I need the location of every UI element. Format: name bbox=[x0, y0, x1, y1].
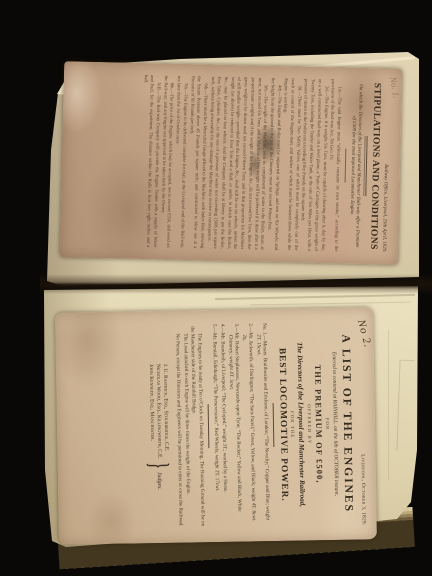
worn-edge-patch bbox=[60, 61, 103, 134]
dateline: Railway Office, Liverpool, 25th April, 1… bbox=[381, 80, 390, 252]
note-paragraph: The Engines to be ready at Ten o’Clock o… bbox=[189, 326, 205, 526]
photo-background: No. 1. Railway Office, Liverpool, 25th A… bbox=[0, 0, 432, 576]
document-title: STIPULATIONS AND CONDITIONS bbox=[368, 80, 382, 252]
book-gutter bbox=[40, 274, 432, 294]
stipulation-paragraph: N.B.—The Rail-way Company will provide t… bbox=[138, 75, 162, 247]
stipulation-paragraph: 2d.—The Engine, if it weighs Six Tons, m… bbox=[299, 79, 330, 252]
document-subtitle: Entered to contend at RAINHILL, on the 6… bbox=[330, 322, 340, 526]
handwritten-number: No. 1. bbox=[388, 76, 401, 99]
document-title: A LIST OF THE ENGINES bbox=[339, 322, 355, 526]
judge-names: J. U. Rastrick, Esq., Stourbridge, C.E. … bbox=[147, 364, 170, 459]
prize-line: BEST LOCOMOTIVE POWER. bbox=[276, 323, 290, 527]
engine-entry: No. 1.—Messrs. Braithwaite and Erickson,… bbox=[255, 323, 271, 527]
rule bbox=[207, 404, 209, 448]
judges-block: J. U. Rastrick, Esq., Stourbridge, C.E. … bbox=[146, 325, 171, 529]
engine-list-document: No 2. Liverpool, October 3, 1829. A LIST… bbox=[55, 307, 377, 545]
paper-stain bbox=[86, 491, 137, 544]
stipulation-paragraph: 6th.—There must be a Mercurial Gauge aff… bbox=[185, 76, 209, 248]
stipulation-paragraph: 5th.—The weight of the Machine, with its… bbox=[205, 76, 269, 249]
notes-block: The Engines to be ready at Ten o’Clock o… bbox=[174, 326, 205, 526]
stipulations-document-face: No. 1. Railway Office, Liverpool, 25th A… bbox=[60, 61, 402, 265]
stipulations-body: 1st.—The said Engine must “effectually c… bbox=[138, 75, 343, 252]
dateline: Liverpool, October 3, 1829. bbox=[357, 321, 367, 525]
rule bbox=[345, 149, 347, 183]
stipulation-paragraph: 3d.—There must be Two Safety Valves, one… bbox=[279, 78, 303, 250]
engine-entries: No. 1.—Messrs. Braithwaite and Erickson,… bbox=[211, 323, 271, 528]
document-subtitle: On which the Directors of the Liverpool … bbox=[347, 84, 363, 248]
double-rule bbox=[363, 136, 367, 196]
rule bbox=[273, 403, 275, 447]
engine-list-document-face: No 2. Liverpool, October 3, 1829. A LIST… bbox=[55, 307, 377, 545]
judges-label: Judges. bbox=[156, 472, 162, 490]
brace-glyph: } bbox=[142, 463, 176, 468]
pencil-ghost-sketch bbox=[396, 360, 414, 451]
pencil-ghost-line bbox=[388, 330, 389, 480]
stipulations-document: No. 1. Railway Office, Liverpool, 25th A… bbox=[60, 61, 402, 265]
